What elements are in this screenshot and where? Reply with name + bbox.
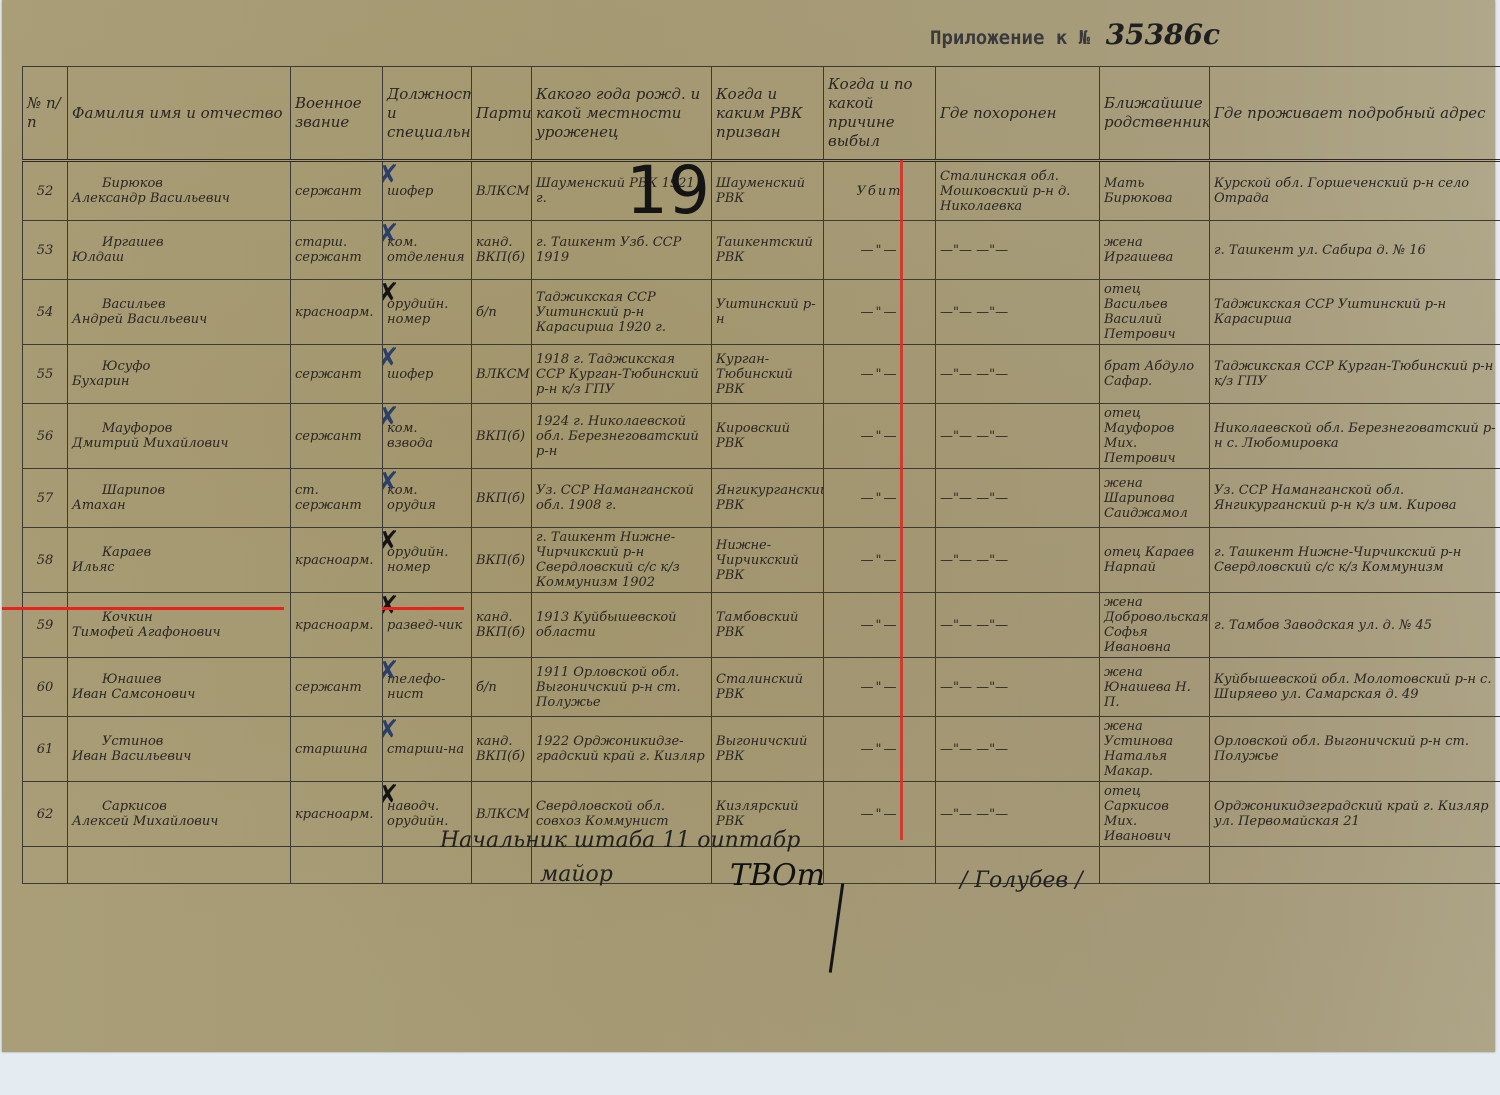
full-name: Васильев Андрей Васильевич <box>68 280 291 345</box>
draft-office: Нижне-Чирчикский РВК <box>712 528 824 593</box>
next-of-kin: Мать Бирюкова <box>1100 161 1210 221</box>
draft-office: Выгоничский РВК <box>712 717 824 782</box>
next-of-kin: жена Юнашева Н. П. <box>1100 658 1210 717</box>
burial-place: —"— —"— <box>936 404 1100 469</box>
full-name: Бирюков Александр Васильевич <box>68 161 291 221</box>
surname: Саркисов <box>72 799 286 814</box>
check-mark-icon: ✗ <box>383 469 401 499</box>
check-mark-icon: ✗ <box>383 221 401 251</box>
military-rank: сержант <box>291 404 383 469</box>
next-of-kin: отец Мауфоров Мих. Петрович <box>1100 404 1210 469</box>
position: ✗ ком. отделения <box>383 221 472 280</box>
home-address: г. Ташкент ул. Сабира д. № 16 <box>1210 221 1500 280</box>
row-number: 54 <box>23 280 68 345</box>
next-of-kin: жена Иргашева <box>1100 221 1210 280</box>
party-membership: б/п <box>472 280 532 345</box>
table-row: 58 Караев Ильяс красноарм. ✗ орудийн. но… <box>23 528 1500 593</box>
column-header: Должность и специальн. <box>383 67 472 161</box>
column-header: Когда и по какой причине выбыл <box>824 67 936 161</box>
column-header: Ближайшие родственники <box>1100 67 1210 161</box>
row-number: 55 <box>23 345 68 404</box>
party-membership: б/п <box>472 658 532 717</box>
check-mark-icon: ✗ <box>383 280 401 310</box>
home-address: Таджикская ССР Курган-Тюбинский р-н к/з … <box>1210 345 1500 404</box>
handwritten-signature: ТВОт <box>730 858 825 893</box>
given-names: Атахан <box>72 498 126 513</box>
table-row: 61 Устинов Иван Васильевич старшина ✗ ст… <box>23 717 1500 782</box>
check-mark-icon: ✗ <box>383 162 401 192</box>
home-address: Уз. ССР Наманганской обл. Янгикурганский… <box>1210 469 1500 528</box>
departure-reason: —"— <box>824 658 936 717</box>
burial-place: —"— —"— <box>936 593 1100 658</box>
burial-place: Сталинская обл. Мошковский р-н д. Никола… <box>936 161 1100 221</box>
birth-year-place: 1924 г. Николаевской обл. Березнеговатск… <box>532 404 712 469</box>
surname: Юнашев <box>72 672 286 687</box>
row-number: 52 <box>23 161 68 221</box>
position: ✗ развед-чик <box>383 593 472 658</box>
departure-reason: —"— <box>824 717 936 782</box>
home-address: Таджикская ССР Уштинский р-н Карасирша <box>1210 280 1500 345</box>
military-rank: красноарм. <box>291 528 383 593</box>
table-row: 60 Юнашев Иван Самсонович сержант ✗ теле… <box>23 658 1500 717</box>
birth-year-place: г. Ташкент Нижне-Чирчикский р-н Свердлов… <box>532 528 712 593</box>
red-pencil-line <box>900 160 903 840</box>
departure-reason: —"— <box>824 469 936 528</box>
surname: Караев <box>72 545 286 560</box>
sheet-number-mark: 19 <box>626 158 710 224</box>
full-name: Караев Ильяс <box>68 528 291 593</box>
surname: Кочкин <box>72 610 286 625</box>
burial-place: —"— —"— <box>936 221 1100 280</box>
check-mark-icon: ✗ <box>383 345 401 375</box>
given-names: Иван Самсонович <box>72 687 195 702</box>
departure-reason: —"— <box>824 593 936 658</box>
birth-year-place: 1922 Орджоникидзе-градский край г. Кизля… <box>532 717 712 782</box>
home-address: Орджоникидзеградский край г. Кизляр ул. … <box>1210 782 1500 847</box>
home-address: г. Ташкент Нижне-Чирчикский р-н Свердлов… <box>1210 528 1500 593</box>
home-address: г. Тамбов Заводская ул. д. № 45 <box>1210 593 1500 658</box>
departure-reason: Убит <box>824 161 936 221</box>
military-rank: красноарм. <box>291 280 383 345</box>
position: ✗ шофер <box>383 345 472 404</box>
table-row: 57 Шарипов Атахан ст. сержант ✗ ком. ору… <box>23 469 1500 528</box>
row-number: 53 <box>23 221 68 280</box>
given-names: Юлдаш <box>72 250 124 265</box>
birth-year-place: 1911 Орловской обл. Выгоничский р-н ст. … <box>532 658 712 717</box>
full-name: Устинов Иван Васильевич <box>68 717 291 782</box>
row-number: 56 <box>23 404 68 469</box>
table-row: 52 Бирюков Александр Васильевич сержант … <box>23 161 1500 221</box>
draft-office: Шауменский РВК <box>712 161 824 221</box>
full-name: Кочкин Тимофей Агафонович <box>68 593 291 658</box>
next-of-kin: отец Васильев Василий Петрович <box>1100 280 1210 345</box>
full-name: Юнашев Иван Самсонович <box>68 658 291 717</box>
table-row: 53 Иргашев Юлдаш старш. сержант ✗ ком. о… <box>23 221 1500 280</box>
home-address: Куйбышевской обл. Молотовский р-н с. Шир… <box>1210 658 1500 717</box>
red-underline-position <box>382 607 464 610</box>
surname: Юсуфо <box>72 359 286 374</box>
table-row: 59 Кочкин Тимофей Агафонович красноарм. … <box>23 593 1500 658</box>
appendix-label: Приложение к № <box>930 27 1090 49</box>
given-names: Бухарин <box>72 374 129 389</box>
birth-year-place: г. Ташкент Узб. ССР 1919 <box>532 221 712 280</box>
military-rank: ст. сержант <box>291 469 383 528</box>
party-membership: ВКП(б) <box>472 528 532 593</box>
full-name: Иргашев Юлдаш <box>68 221 291 280</box>
surname: Мауфоров <box>72 421 286 436</box>
check-mark-icon: ✗ <box>383 782 401 812</box>
column-header: Партийность <box>472 67 532 161</box>
table-row: 54 Васильев Андрей Васильевич красноарм.… <box>23 280 1500 345</box>
table-body: 52 Бирюков Александр Васильевич сержант … <box>23 161 1500 884</box>
table-row: 55 Юсуфо Бухарин сержант ✗ шофер ВЛКСМ 1… <box>23 345 1500 404</box>
column-header: Где проживает подробный адрес <box>1210 67 1500 161</box>
draft-office: Ташкентский РВК <box>712 221 824 280</box>
signatory-rank: майор <box>540 862 613 887</box>
signature-stroke <box>829 883 844 973</box>
row-number: 59 <box>23 593 68 658</box>
burial-place: —"— —"— <box>936 717 1100 782</box>
military-rank: сержант <box>291 345 383 404</box>
burial-place: —"— —"— <box>936 528 1100 593</box>
military-rank: красноарм. <box>291 593 383 658</box>
draft-office: Сталинский РВК <box>712 658 824 717</box>
full-name: Саркисов Алексей Михайлович <box>68 782 291 847</box>
next-of-kin: жена Устинова Наталья Макар. <box>1100 717 1210 782</box>
surname: Иргашев <box>72 235 286 250</box>
check-mark-icon: ✗ <box>383 528 401 558</box>
next-of-kin: жена Добровольская Софья Ивановна <box>1100 593 1210 658</box>
draft-office: Уштинский р-н <box>712 280 824 345</box>
party-membership: ВКП(б) <box>472 404 532 469</box>
party-membership: ВЛКСМ <box>472 345 532 404</box>
given-names: Иван Васильевич <box>72 749 191 764</box>
row-number: 61 <box>23 717 68 782</box>
full-name: Юсуфо Бухарин <box>68 345 291 404</box>
document-number: 35386с <box>1106 18 1220 51</box>
position: ✗ старши-на <box>383 717 472 782</box>
draft-office: Янгикурганский РВК <box>712 469 824 528</box>
military-rank: сержант <box>291 658 383 717</box>
position: ✗ орудийн. номер <box>383 280 472 345</box>
departure-reason: —"— <box>824 221 936 280</box>
column-header: Какого года рожд. и какой местности урож… <box>532 67 712 161</box>
draft-office: Кировский РВК <box>712 404 824 469</box>
departure-reason: —"— <box>824 404 936 469</box>
departure-reason: —"— <box>824 280 936 345</box>
full-name: Шарипов Атахан <box>68 469 291 528</box>
military-rank: сержант <box>291 161 383 221</box>
appendix-stamp: Приложение к № 35386с <box>930 18 1220 51</box>
home-address: Курской обл. Горшеченский р-н село Отрад… <box>1210 161 1500 221</box>
column-header: Когда и каким РВК призван <box>712 67 824 161</box>
birth-year-place: Уз. ССР Наманганской обл. 1908 г. <box>532 469 712 528</box>
row-number: 60 <box>23 658 68 717</box>
surname: Васильев <box>72 297 286 312</box>
home-address: Орловской обл. Выгоничский р-н ст. Полуж… <box>1210 717 1500 782</box>
row-number: 62 <box>23 782 68 847</box>
position: ✗ ком. орудия <box>383 469 472 528</box>
column-header: № п/п <box>23 67 68 161</box>
check-mark-icon: ✗ <box>383 404 401 434</box>
red-underline-name <box>2 607 284 610</box>
signatory-title: Начальник штаба 11 оиптабр <box>440 828 800 853</box>
burial-place: —"— —"— <box>936 469 1100 528</box>
surname: Устинов <box>72 734 286 749</box>
party-membership: канд. ВКП(б) <box>472 221 532 280</box>
check-mark-icon: ✗ <box>383 717 401 747</box>
birth-year-place: 1913 Куйбышевской области <box>532 593 712 658</box>
next-of-kin: отец Караев Нарпай <box>1100 528 1210 593</box>
given-names: Андрей Васильевич <box>72 312 207 327</box>
casualty-register-table: № п/п Фамилия имя и отчество Военное зва… <box>22 66 1500 884</box>
given-names: Дмитрий Михайлович <box>72 436 229 451</box>
given-names: Ильяс <box>72 560 115 575</box>
party-membership: ВКП(б) <box>472 469 532 528</box>
full-name: Мауфоров Дмитрий Михайлович <box>68 404 291 469</box>
surname: Шарипов <box>72 483 286 498</box>
party-membership: канд. ВКП(б) <box>472 593 532 658</box>
given-names: Алексей Михайлович <box>72 814 218 829</box>
next-of-kin: жена Шарипова Саиджамол <box>1100 469 1210 528</box>
party-membership: ВЛКСМ <box>472 161 532 221</box>
table-row: 56 Мауфоров Дмитрий Михайлович сержант ✗… <box>23 404 1500 469</box>
column-header: Фамилия имя и отчество <box>68 67 291 161</box>
position: ✗ орудийн. номер <box>383 528 472 593</box>
military-rank: старшина <box>291 717 383 782</box>
given-names: Тимофей Агафонович <box>72 625 221 640</box>
military-rank: красноарм. <box>291 782 383 847</box>
departure-reason: —"— <box>824 528 936 593</box>
position: ✗ телефо-нист <box>383 658 472 717</box>
column-header: Военное звание <box>291 67 383 161</box>
column-header: Где похоронен <box>936 67 1100 161</box>
burial-place: —"— —"— <box>936 658 1100 717</box>
military-rank: старш. сержант <box>291 221 383 280</box>
check-mark-icon: ✗ <box>383 658 401 688</box>
draft-office: Курган-Тюбинский РВК <box>712 345 824 404</box>
birth-year-place: Таджикская ССР Уштинский р-н Карасирша 1… <box>532 280 712 345</box>
signatory-name: / Голубев / <box>960 868 1083 893</box>
party-membership: канд. ВКП(б) <box>472 717 532 782</box>
next-of-kin: брат Абдуло Сафар. <box>1100 345 1210 404</box>
table-header-row: № п/п Фамилия имя и отчество Военное зва… <box>23 67 1500 161</box>
position: ✗ ком. взвода <box>383 404 472 469</box>
position: ✗ шофер <box>383 161 472 221</box>
birth-year-place: 1918 г. Таджикская ССР Курган-Тюбинский … <box>532 345 712 404</box>
row-number: 58 <box>23 528 68 593</box>
signature-block: Начальник штаба 11 оиптабр майор ТВОт / … <box>440 828 1140 978</box>
draft-office: Тамбовский РВК <box>712 593 824 658</box>
departure-reason: —"— <box>824 345 936 404</box>
burial-place: —"— —"— <box>936 345 1100 404</box>
surname: Бирюков <box>72 176 286 191</box>
home-address: Николаевской обл. Березнеговатский р-н с… <box>1210 404 1500 469</box>
burial-place: —"— —"— <box>936 280 1100 345</box>
row-number: 57 <box>23 469 68 528</box>
given-names: Александр Васильевич <box>72 191 230 206</box>
